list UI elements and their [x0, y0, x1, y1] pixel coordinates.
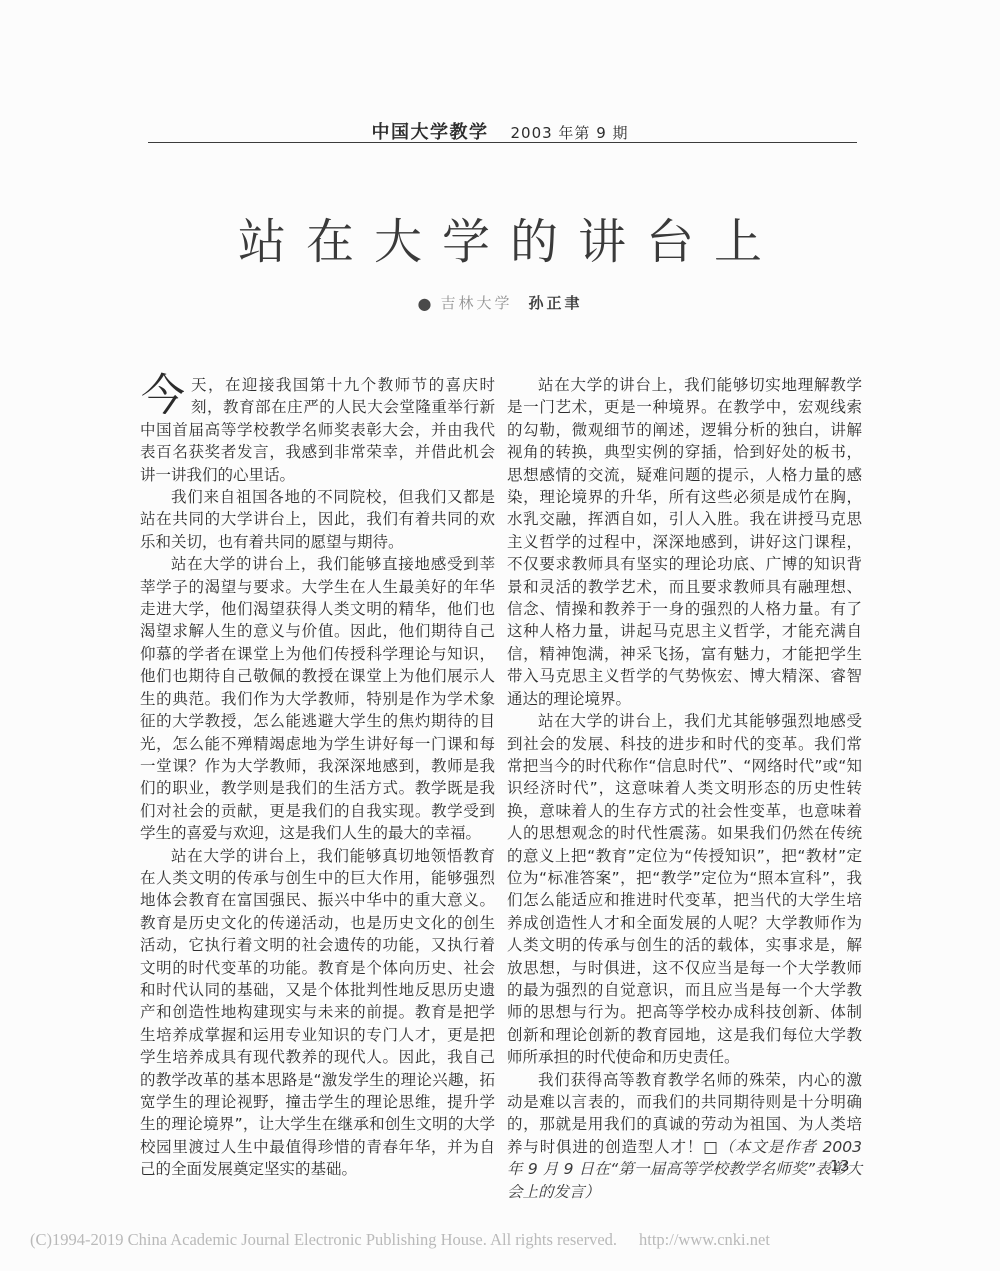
paragraph-text: 天，在迎接我国第十九个教师节的喜庆时刻，教育部在庄严的人民大会堂隆重举行新中国首…: [140, 376, 495, 484]
author-affiliation: 吉林大学: [440, 294, 512, 312]
paragraph: 站在大学的讲台上，我们能够直接地感受到莘莘学子的渴望与要求。大学生在人生最美好的…: [140, 553, 495, 844]
author-bullet-icon: ●: [418, 294, 432, 313]
journal-page: 中国大学教学2003 年第 9 期 站在大学的讲台上 ●吉林大学孙正聿 今天，在…: [0, 0, 1000, 1271]
copyright-text: (C)1994-2019 China Academic Journal Elec…: [30, 1230, 617, 1249]
article-title: 站在大学的讲台上: [0, 203, 1000, 272]
watermark-footer: (C)1994-2019 China Academic Journal Elec…: [30, 1230, 980, 1250]
left-column: 今天，在迎接我国第十九个教师节的喜庆时刻，教育部在庄严的人民大会堂隆重举行新中国…: [140, 374, 495, 1203]
paragraph: 今天，在迎接我国第十九个教师节的喜庆时刻，教育部在庄严的人民大会堂隆重举行新中国…: [140, 374, 495, 486]
paragraph: 站在大学的讲台上，我们尤其能够强烈地感受到社会的发展、科技的进步和时代的变革。我…: [507, 710, 862, 1069]
page-number: 13: [830, 1157, 850, 1175]
byline: ●吉林大学孙正聿: [0, 292, 1000, 313]
header-rule: [148, 142, 857, 143]
right-column: 站在大学的讲台上，我们能够切实地理解教学是一门艺术，更是一种境界。在教学中，宏观…: [507, 374, 862, 1203]
footer-url: http://www.cnki.net: [639, 1230, 770, 1249]
journal-name: 中国大学教学: [371, 122, 488, 143]
article-body: 今天，在迎接我国第十九个教师节的喜庆时刻，教育部在庄严的人民大会堂隆重举行新中国…: [140, 374, 862, 1203]
paragraph: 站在大学的讲台上，我们能够切实地理解教学是一门艺术，更是一种境界。在教学中，宏观…: [507, 374, 862, 710]
author-name: 孙正聿: [528, 294, 582, 312]
paragraph: 我们获得高等教育教学名师的殊荣，内心的激动是难以言表的，而我们的共同期待则是十分…: [507, 1069, 862, 1203]
paragraph: 我们来自祖国各地的不同院校，但我们又都是站在共同的大学讲台上，因此，我们有着共同…: [140, 486, 495, 553]
journal-issue: 2003 年第 9 期: [510, 124, 628, 142]
journal-header: 中国大学教学2003 年第 9 期: [0, 118, 1000, 144]
paragraph: 站在大学的讲台上，我们能够真切地领悟教育在人类文明的传承与创生中的巨大作用，能够…: [140, 845, 495, 1181]
dropcap-character: 今: [140, 374, 191, 416]
